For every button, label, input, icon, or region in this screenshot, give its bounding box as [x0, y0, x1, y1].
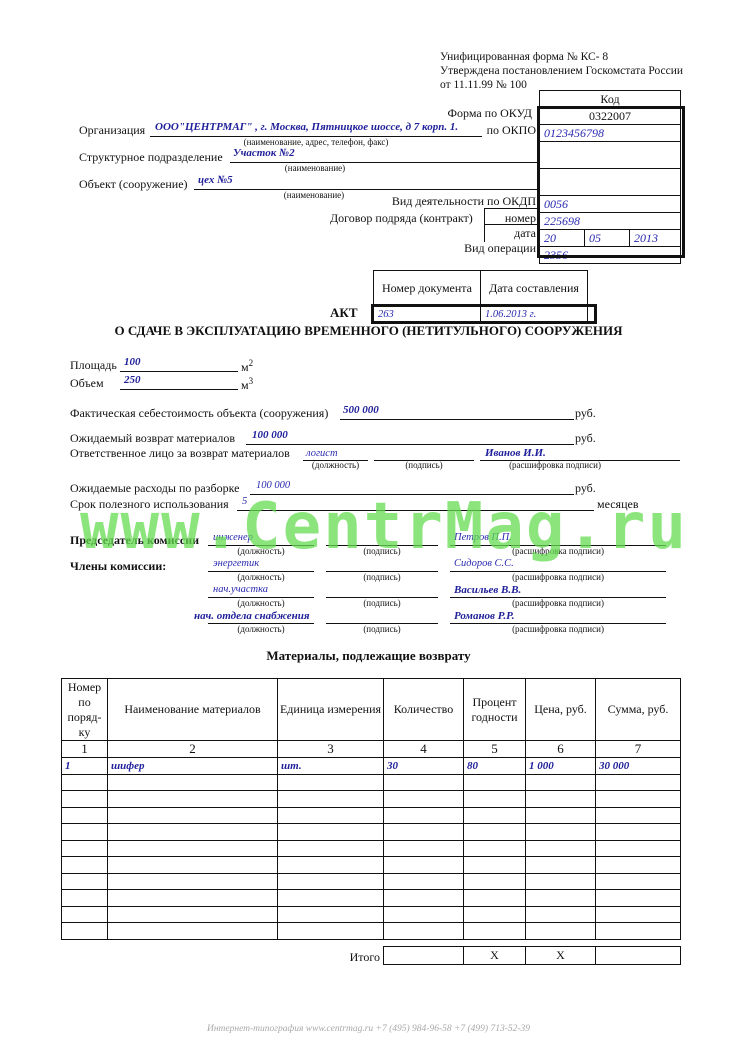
table-row: [62, 873, 681, 890]
responsible-label: Ответственное лицо за возврат материалов: [70, 446, 290, 461]
return-unit: руб.: [575, 431, 596, 446]
area-unit-sup: 2: [249, 358, 254, 368]
table-cell[interactable]: [526, 890, 596, 907]
responsible-name[interactable]: Иванов И.И.: [485, 447, 546, 459]
volume-unit-sup: 3: [249, 376, 254, 386]
table-cell[interactable]: [278, 906, 384, 923]
table-cell[interactable]: [464, 890, 526, 907]
responsible-position-caption: (должность): [303, 460, 368, 470]
table-cell[interactable]: [108, 824, 278, 841]
column-number: 4: [384, 741, 464, 758]
responsible-name-caption: (расшифровка подписи): [480, 460, 630, 470]
header-sum: Сумма, руб.: [596, 679, 681, 741]
table-cell[interactable]: [108, 923, 278, 940]
column-number: 7: [596, 741, 681, 758]
table-cell[interactable]: [526, 923, 596, 940]
table-cell[interactable]: [464, 906, 526, 923]
total-label: Итого: [300, 950, 380, 965]
act-title: АКТ: [330, 305, 358, 321]
table-cell[interactable]: [278, 923, 384, 940]
division-label: Структурное подразделение: [79, 150, 223, 165]
header-quantity: Количество: [384, 679, 464, 741]
volume-label: Объем: [70, 376, 104, 391]
life-value[interactable]: 5: [242, 496, 247, 507]
act-subtitle: О СДАЧЕ В ЭКСПЛУАТАЦИЮ ВРЕМЕННОГО (НЕТИТ…: [0, 323, 737, 339]
code-table: Код 0322007 0123456798 0056 225698 20 05…: [539, 90, 681, 264]
organization-value[interactable]: ООО"ЦЕНТРМАГ" , г. Москва, Пятницкое шос…: [155, 121, 458, 133]
table-cell[interactable]: [596, 807, 681, 824]
table-cell[interactable]: [596, 890, 681, 907]
table-cell[interactable]: [62, 774, 108, 791]
document-table: Номер документа Дата составления 263 1.0…: [373, 270, 588, 323]
table-cell[interactable]: [108, 807, 278, 824]
object-label: Объект (сооружение): [79, 177, 188, 192]
table-cell[interactable]: шифер: [108, 758, 278, 775]
okud-label: Форма по ОКУД: [380, 106, 532, 121]
organization-caption: (наименование, адрес, телефон, факс): [150, 137, 482, 147]
table-cell[interactable]: [464, 824, 526, 841]
table-cell[interactable]: [62, 807, 108, 824]
document-number-value[interactable]: 263: [374, 306, 481, 323]
table-cell[interactable]: [62, 840, 108, 857]
table-row: [62, 890, 681, 907]
table-cell[interactable]: [384, 857, 464, 874]
chair-signature-caption: (подпись): [326, 546, 438, 556]
life-unit: месяцев: [597, 497, 638, 512]
table-cell[interactable]: [526, 840, 596, 857]
table-cell[interactable]: [596, 923, 681, 940]
total-cell[interactable]: [596, 947, 681, 965]
column-number: 1: [62, 741, 108, 758]
table-cell[interactable]: [108, 890, 278, 907]
table-cell[interactable]: [596, 824, 681, 841]
table-cell[interactable]: 1: [62, 758, 108, 775]
chair-position-caption: (должность): [208, 546, 314, 556]
chair-name[interactable]: Петров П.П.: [454, 532, 512, 543]
table-cell[interactable]: [384, 923, 464, 940]
object-value[interactable]: цех №5: [198, 174, 233, 186]
table-cell[interactable]: [526, 824, 596, 841]
table-row: [62, 840, 681, 857]
column-number: 3: [278, 741, 384, 758]
cost-value[interactable]: 500 000: [343, 404, 379, 416]
volume-value[interactable]: 250: [124, 374, 141, 386]
organization-label: Организация: [79, 123, 145, 138]
table-cell[interactable]: [596, 840, 681, 857]
table-cell[interactable]: [464, 923, 526, 940]
table-cell[interactable]: [596, 857, 681, 874]
area-label: Площадь: [70, 358, 117, 373]
header-price: Цена, руб.: [526, 679, 596, 741]
table-cell[interactable]: [384, 873, 464, 890]
table-cell[interactable]: [384, 791, 464, 808]
operation-value[interactable]: 2356: [540, 247, 681, 264]
table-cell[interactable]: [526, 791, 596, 808]
responsible-signature-caption: (подпись): [374, 460, 474, 470]
table-cell[interactable]: [278, 840, 384, 857]
code-empty-1[interactable]: [540, 142, 681, 169]
volume-line: [120, 389, 238, 390]
table-row: 1шифершт.30801 00030 000: [62, 758, 681, 775]
total-cell[interactable]: X: [526, 947, 596, 965]
members-label: Члены комиссии:: [70, 559, 166, 574]
table-cell[interactable]: [464, 774, 526, 791]
table-row: [62, 923, 681, 940]
table-row: [62, 857, 681, 874]
table-cell[interactable]: [62, 906, 108, 923]
table-row: [62, 774, 681, 791]
form-line-2: Утверждена постановлением Госкомстата Ро…: [440, 64, 683, 78]
dismantle-line: [250, 494, 574, 495]
life-label: Срок полезного использования: [70, 497, 229, 512]
table-cell[interactable]: [464, 791, 526, 808]
header-percent: Процент годности: [464, 679, 526, 741]
table-cell[interactable]: [278, 807, 384, 824]
member-position-caption: (должность): [208, 572, 314, 582]
volume-unit: м3: [241, 376, 253, 393]
contract-date-label: дата: [484, 226, 536, 241]
return-label: Ожидаемый возврат материалов: [70, 431, 235, 446]
table-cell[interactable]: [278, 857, 384, 874]
dismantle-value[interactable]: 100 000: [256, 480, 290, 491]
table-cell[interactable]: [464, 840, 526, 857]
table-cell[interactable]: 30: [384, 758, 464, 775]
member-signature-caption: (подпись): [326, 624, 438, 634]
table-cell[interactable]: [108, 873, 278, 890]
table-row: [62, 906, 681, 923]
footer: Интернет-типография www.centrmag.ru +7 (…: [0, 1024, 737, 1034]
table-cell[interactable]: [596, 774, 681, 791]
header-name: Наименование материалов: [108, 679, 278, 741]
materials-header-row: Номер по поряд-ку Наименование материало…: [62, 679, 681, 741]
header-unit: Единица измерения: [278, 679, 384, 741]
area-value[interactable]: 100: [124, 356, 141, 368]
okpo-value[interactable]: 0123456798: [540, 125, 681, 142]
table-cell[interactable]: [384, 807, 464, 824]
table-cell[interactable]: [526, 873, 596, 890]
member-signature-caption: (подпись): [326, 572, 438, 582]
area-line: [120, 371, 238, 372]
table-cell[interactable]: [384, 840, 464, 857]
table-cell[interactable]: [278, 824, 384, 841]
table-cell[interactable]: [596, 873, 681, 890]
okud-value[interactable]: 0322007: [540, 108, 681, 125]
table-cell[interactable]: [464, 873, 526, 890]
table-cell[interactable]: [384, 890, 464, 907]
area-unit: м2: [241, 358, 253, 375]
contract-number-label: номер: [484, 211, 536, 226]
table-cell[interactable]: [384, 824, 464, 841]
table-cell[interactable]: шт.: [278, 758, 384, 775]
member-name[interactable]: Сидоров С.С.: [454, 558, 514, 569]
document-date-value[interactable]: 1.06.2013 г.: [481, 306, 588, 323]
table-cell[interactable]: [62, 791, 108, 808]
table-cell[interactable]: [526, 857, 596, 874]
member-name[interactable]: Васильев В.В.: [454, 584, 521, 596]
chair-name-caption: (расшифровка подписи): [450, 546, 666, 556]
chair-position[interactable]: инженер: [213, 532, 253, 543]
member-position[interactable]: нач.участка: [213, 584, 268, 595]
table-row: [62, 824, 681, 841]
total-cell[interactable]: [384, 947, 464, 965]
table-cell[interactable]: [596, 906, 681, 923]
total-table: XX: [383, 946, 681, 965]
materials-table: Номер по поряд-ку Наименование материало…: [61, 678, 681, 940]
table-cell[interactable]: [62, 857, 108, 874]
responsible-position[interactable]: логист: [306, 448, 338, 459]
table-cell[interactable]: [62, 890, 108, 907]
materials-title: Материалы, подлежащие возврату: [0, 648, 737, 664]
column-number: 5: [464, 741, 526, 758]
table-cell[interactable]: [108, 906, 278, 923]
header-number: Номер по поряд-ку: [62, 679, 108, 741]
contract-date-year[interactable]: 2013: [630, 230, 681, 247]
dismantle-label: Ожидаемые расходы по разборке: [70, 481, 239, 496]
dismantle-unit: руб.: [575, 481, 596, 496]
area-unit-text: м: [241, 360, 249, 374]
object-caption: (наименование): [194, 190, 434, 200]
column-number: 6: [526, 741, 596, 758]
document-number-header: Номер документа: [374, 271, 481, 306]
code-header: Код: [540, 91, 681, 108]
chair-label: Председатель комиссии: [70, 533, 199, 548]
contract-date-day[interactable]: 20: [540, 230, 585, 247]
cost-label: Фактическая себестоимость объекта (соору…: [70, 406, 328, 421]
form-line-1: Унифицированная форма № КС- 8: [440, 50, 683, 64]
return-line: [246, 444, 574, 445]
table-cell[interactable]: [384, 774, 464, 791]
table-cell[interactable]: [526, 906, 596, 923]
contract-date-month[interactable]: 05: [585, 230, 630, 247]
table-cell[interactable]: 80: [464, 758, 526, 775]
table-cell[interactable]: [278, 774, 384, 791]
member-position[interactable]: энергетик: [213, 558, 259, 569]
table-cell[interactable]: [278, 873, 384, 890]
column-number: 2: [108, 741, 278, 758]
table-cell[interactable]: [596, 791, 681, 808]
table-cell[interactable]: [278, 791, 384, 808]
division-caption: (наименование): [230, 163, 400, 173]
member-name-caption: (расшифровка подписи): [450, 572, 666, 582]
volume-unit-text: м: [241, 378, 249, 392]
member-position-caption: (должность): [208, 624, 314, 634]
table-cell[interactable]: [108, 791, 278, 808]
table-cell[interactable]: 1 000: [526, 758, 596, 775]
member-signature-caption: (подпись): [326, 598, 438, 608]
table-cell[interactable]: [278, 890, 384, 907]
operation-label: Вид операции: [380, 241, 536, 256]
table-cell[interactable]: [464, 807, 526, 824]
table-row: [62, 807, 681, 824]
form-info: Унифицированная форма № КС- 8 Утверждена…: [440, 50, 683, 92]
table-cell[interactable]: [62, 873, 108, 890]
division-value[interactable]: Участок №2: [233, 147, 295, 159]
table-row: [62, 791, 681, 808]
total-row: XX: [384, 947, 681, 965]
cost-line: [340, 419, 574, 420]
member-position[interactable]: нач. отдела снабжения: [194, 610, 310, 622]
contract-label: Договор подряда (контракт): [330, 211, 473, 226]
return-value[interactable]: 100 000: [252, 429, 288, 441]
member-position-caption: (должность): [208, 598, 314, 608]
member-name-caption: (расшифровка подписи): [450, 598, 666, 608]
table-cell[interactable]: [62, 824, 108, 841]
member-name-caption: (расшифровка подписи): [450, 624, 666, 634]
table-cell[interactable]: [526, 774, 596, 791]
document-date-header: Дата составления: [481, 271, 588, 306]
table-cell[interactable]: [108, 774, 278, 791]
table-cell[interactable]: 30 000: [596, 758, 681, 775]
code-empty-2[interactable]: [540, 169, 681, 196]
table-cell[interactable]: [384, 906, 464, 923]
member-name[interactable]: Романов Р.Р.: [454, 610, 514, 622]
table-cell[interactable]: [464, 857, 526, 874]
column-number-row: 1234567: [62, 741, 681, 758]
total-cell[interactable]: X: [464, 947, 526, 965]
table-cell[interactable]: [108, 857, 278, 874]
contract-number-value[interactable]: 225698: [540, 213, 681, 230]
table-cell[interactable]: [526, 807, 596, 824]
table-cell[interactable]: [108, 840, 278, 857]
okdp-value[interactable]: 0056: [540, 196, 681, 213]
table-cell[interactable]: [62, 923, 108, 940]
life-line: [237, 510, 594, 511]
cost-unit: руб.: [575, 406, 596, 421]
